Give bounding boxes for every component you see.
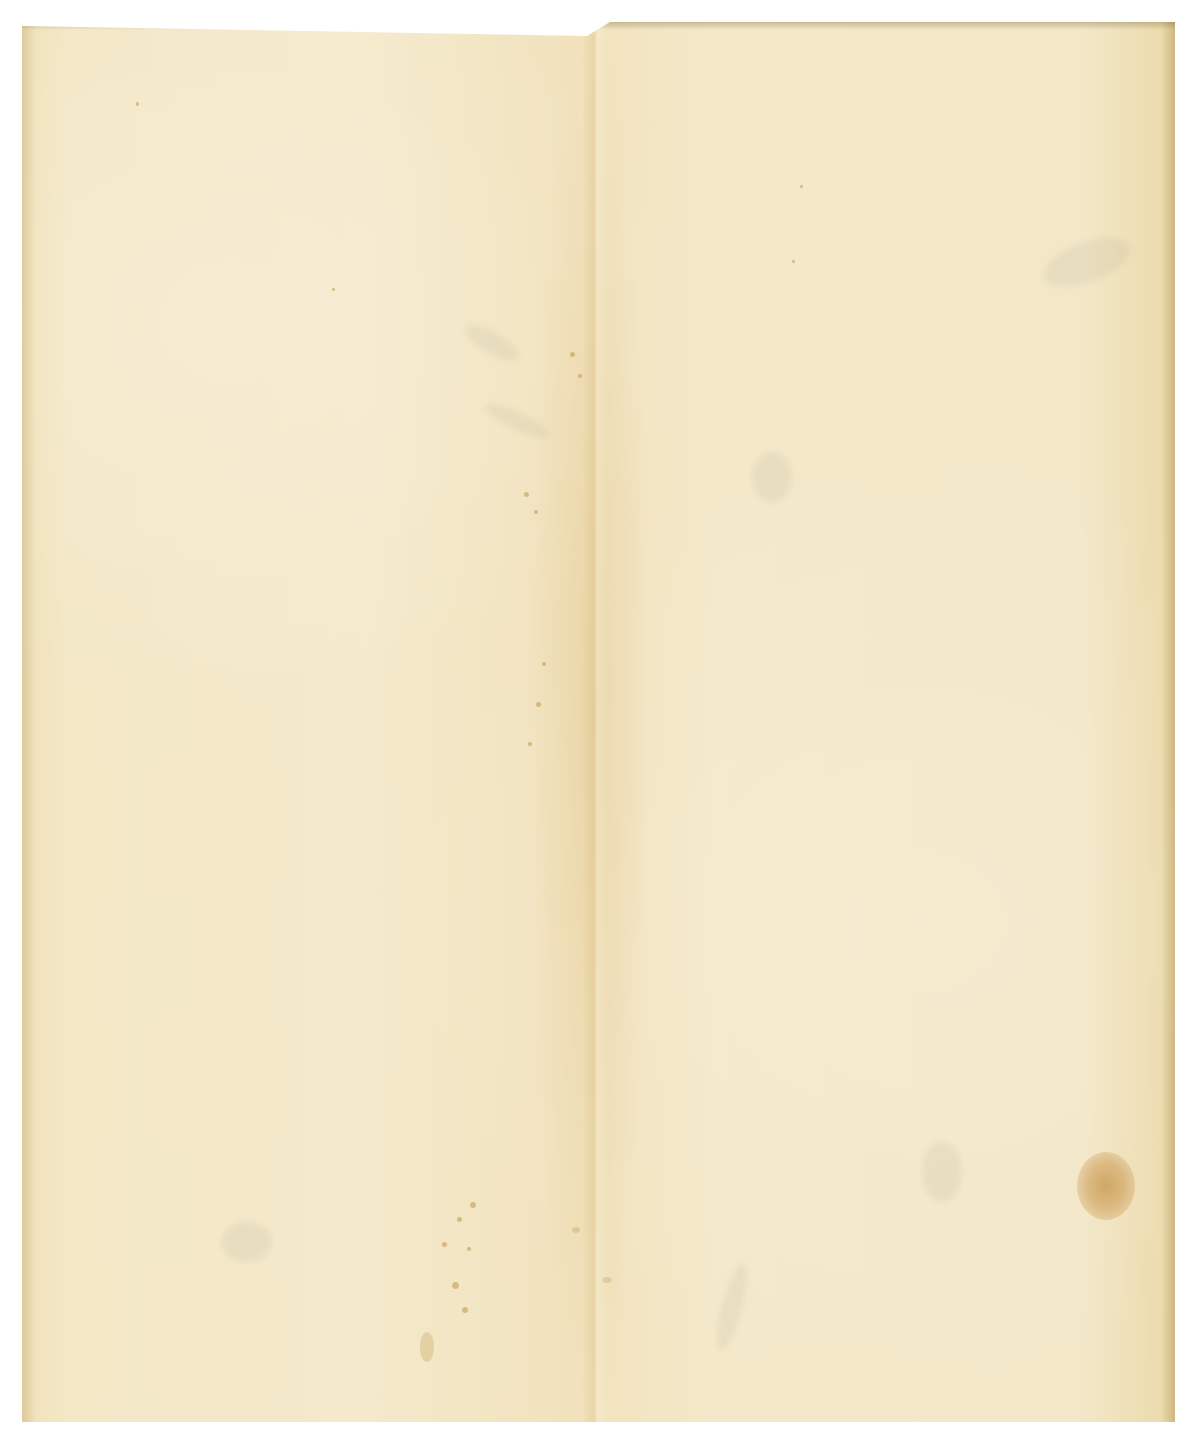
- foxing-spot: [470, 1202, 476, 1208]
- foxing-spot: [602, 1277, 612, 1283]
- foxing-spot: [792, 260, 795, 263]
- paper-sheet: [22, 22, 1175, 1422]
- foxing-spot: [800, 185, 803, 188]
- foxing-spot: [332, 288, 335, 291]
- smudge: [752, 452, 792, 502]
- foxing-spot: [570, 352, 575, 357]
- foxing-spot: [534, 510, 538, 514]
- round-stain: [1077, 1152, 1135, 1220]
- smudge: [711, 1261, 754, 1353]
- foxing-spot: [452, 1282, 459, 1289]
- smudge: [222, 1222, 272, 1262]
- foxing-spot: [467, 1247, 471, 1251]
- right-edge-shading: [1161, 22, 1175, 1422]
- foxing-spot: [462, 1307, 468, 1313]
- smudge: [922, 1142, 962, 1202]
- top-edge-shading: [22, 22, 1175, 30]
- foxing-spot: [542, 662, 546, 666]
- smudge: [481, 398, 552, 444]
- foxing-spot: [524, 492, 529, 497]
- foxing-spot: [420, 1332, 434, 1362]
- foxing-spot: [442, 1242, 447, 1247]
- foxing-spot: [578, 374, 582, 378]
- foxing-spot: [536, 702, 541, 707]
- foxing-spot: [457, 1217, 462, 1222]
- foxing-spot: [136, 102, 139, 106]
- foxing-spot: [572, 1227, 580, 1233]
- left-edge-shading: [22, 22, 36, 1422]
- foxing-spot: [528, 742, 532, 746]
- center-fold-crease: [582, 22, 608, 1422]
- smudge: [461, 318, 524, 367]
- smudge: [1038, 228, 1136, 296]
